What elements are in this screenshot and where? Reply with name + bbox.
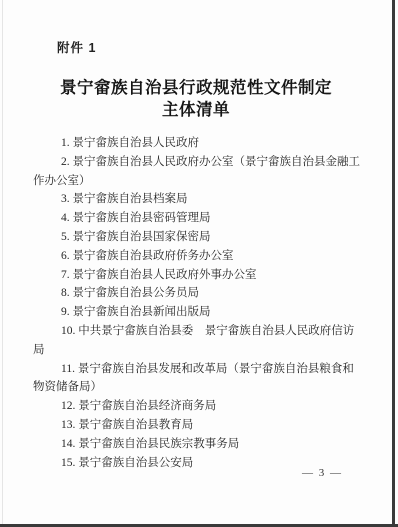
document-title: 景宁畲族自治县行政规范性文件制定 主体清单 bbox=[20, 77, 372, 121]
list-line: 12. 景宁畲族自治县经济商务局 bbox=[33, 397, 373, 416]
document-title-line-2: 主体清单 bbox=[20, 99, 372, 121]
list-line: 6. 景宁畲族自治县政府侨务办公室 bbox=[33, 247, 373, 266]
list-line: 5. 景宁畲族自治县国家保密局 bbox=[33, 228, 373, 247]
list-line: 8. 景宁畲族自治县公务员局 bbox=[33, 284, 373, 303]
list-line: 3. 景宁畲族自治县档案局 bbox=[33, 190, 373, 209]
scan-edge-right bbox=[392, 0, 395, 527]
list-line: 10. 中共景宁畲族自治县委 景宁畲族自治县人民政府信访 bbox=[33, 322, 373, 341]
list-line: 11. 景宁畲族自治县发展和改革局（景宁畲族自治县粮食和 bbox=[33, 360, 373, 379]
list-line-continuation: 局 bbox=[33, 341, 373, 360]
list-line: 14. 景宁畲族自治县民族宗教事务局 bbox=[33, 435, 373, 454]
list-line-continuation: 物资储备局） bbox=[33, 378, 373, 397]
attachment-label: 附件 1 bbox=[57, 41, 96, 55]
scan-edge-left bbox=[2, 0, 3, 527]
list-line: 2. 景宁畲族自治县人民政府办公室（景宁畲族自治县金融工 bbox=[33, 153, 373, 172]
subject-list: 1. 景宁畲族自治县人民政府 2. 景宁畲族自治县人民政府办公室（景宁畲族自治县… bbox=[33, 134, 373, 472]
list-line: 1. 景宁畲族自治县人民政府 bbox=[33, 134, 373, 153]
page-number: — 3 — bbox=[302, 467, 343, 479]
list-line-continuation: 作办公室） bbox=[33, 172, 373, 191]
list-line: 4. 景宁畲族自治县密码管理局 bbox=[33, 209, 373, 228]
document-title-line-1: 景宁畲族自治县行政规范性文件制定 bbox=[20, 77, 372, 99]
list-line: 7. 景宁畲族自治县人民政府外事办公室 bbox=[33, 266, 373, 285]
list-line: 9. 景宁畲族自治县新闻出版局 bbox=[33, 303, 373, 322]
list-line: 13. 景宁畲族自治县教育局 bbox=[33, 416, 373, 435]
scanned-document-page: 附件 1 景宁畲族自治县行政规范性文件制定 主体清单 1. 景宁畲族自治县人民政… bbox=[0, 0, 398, 527]
